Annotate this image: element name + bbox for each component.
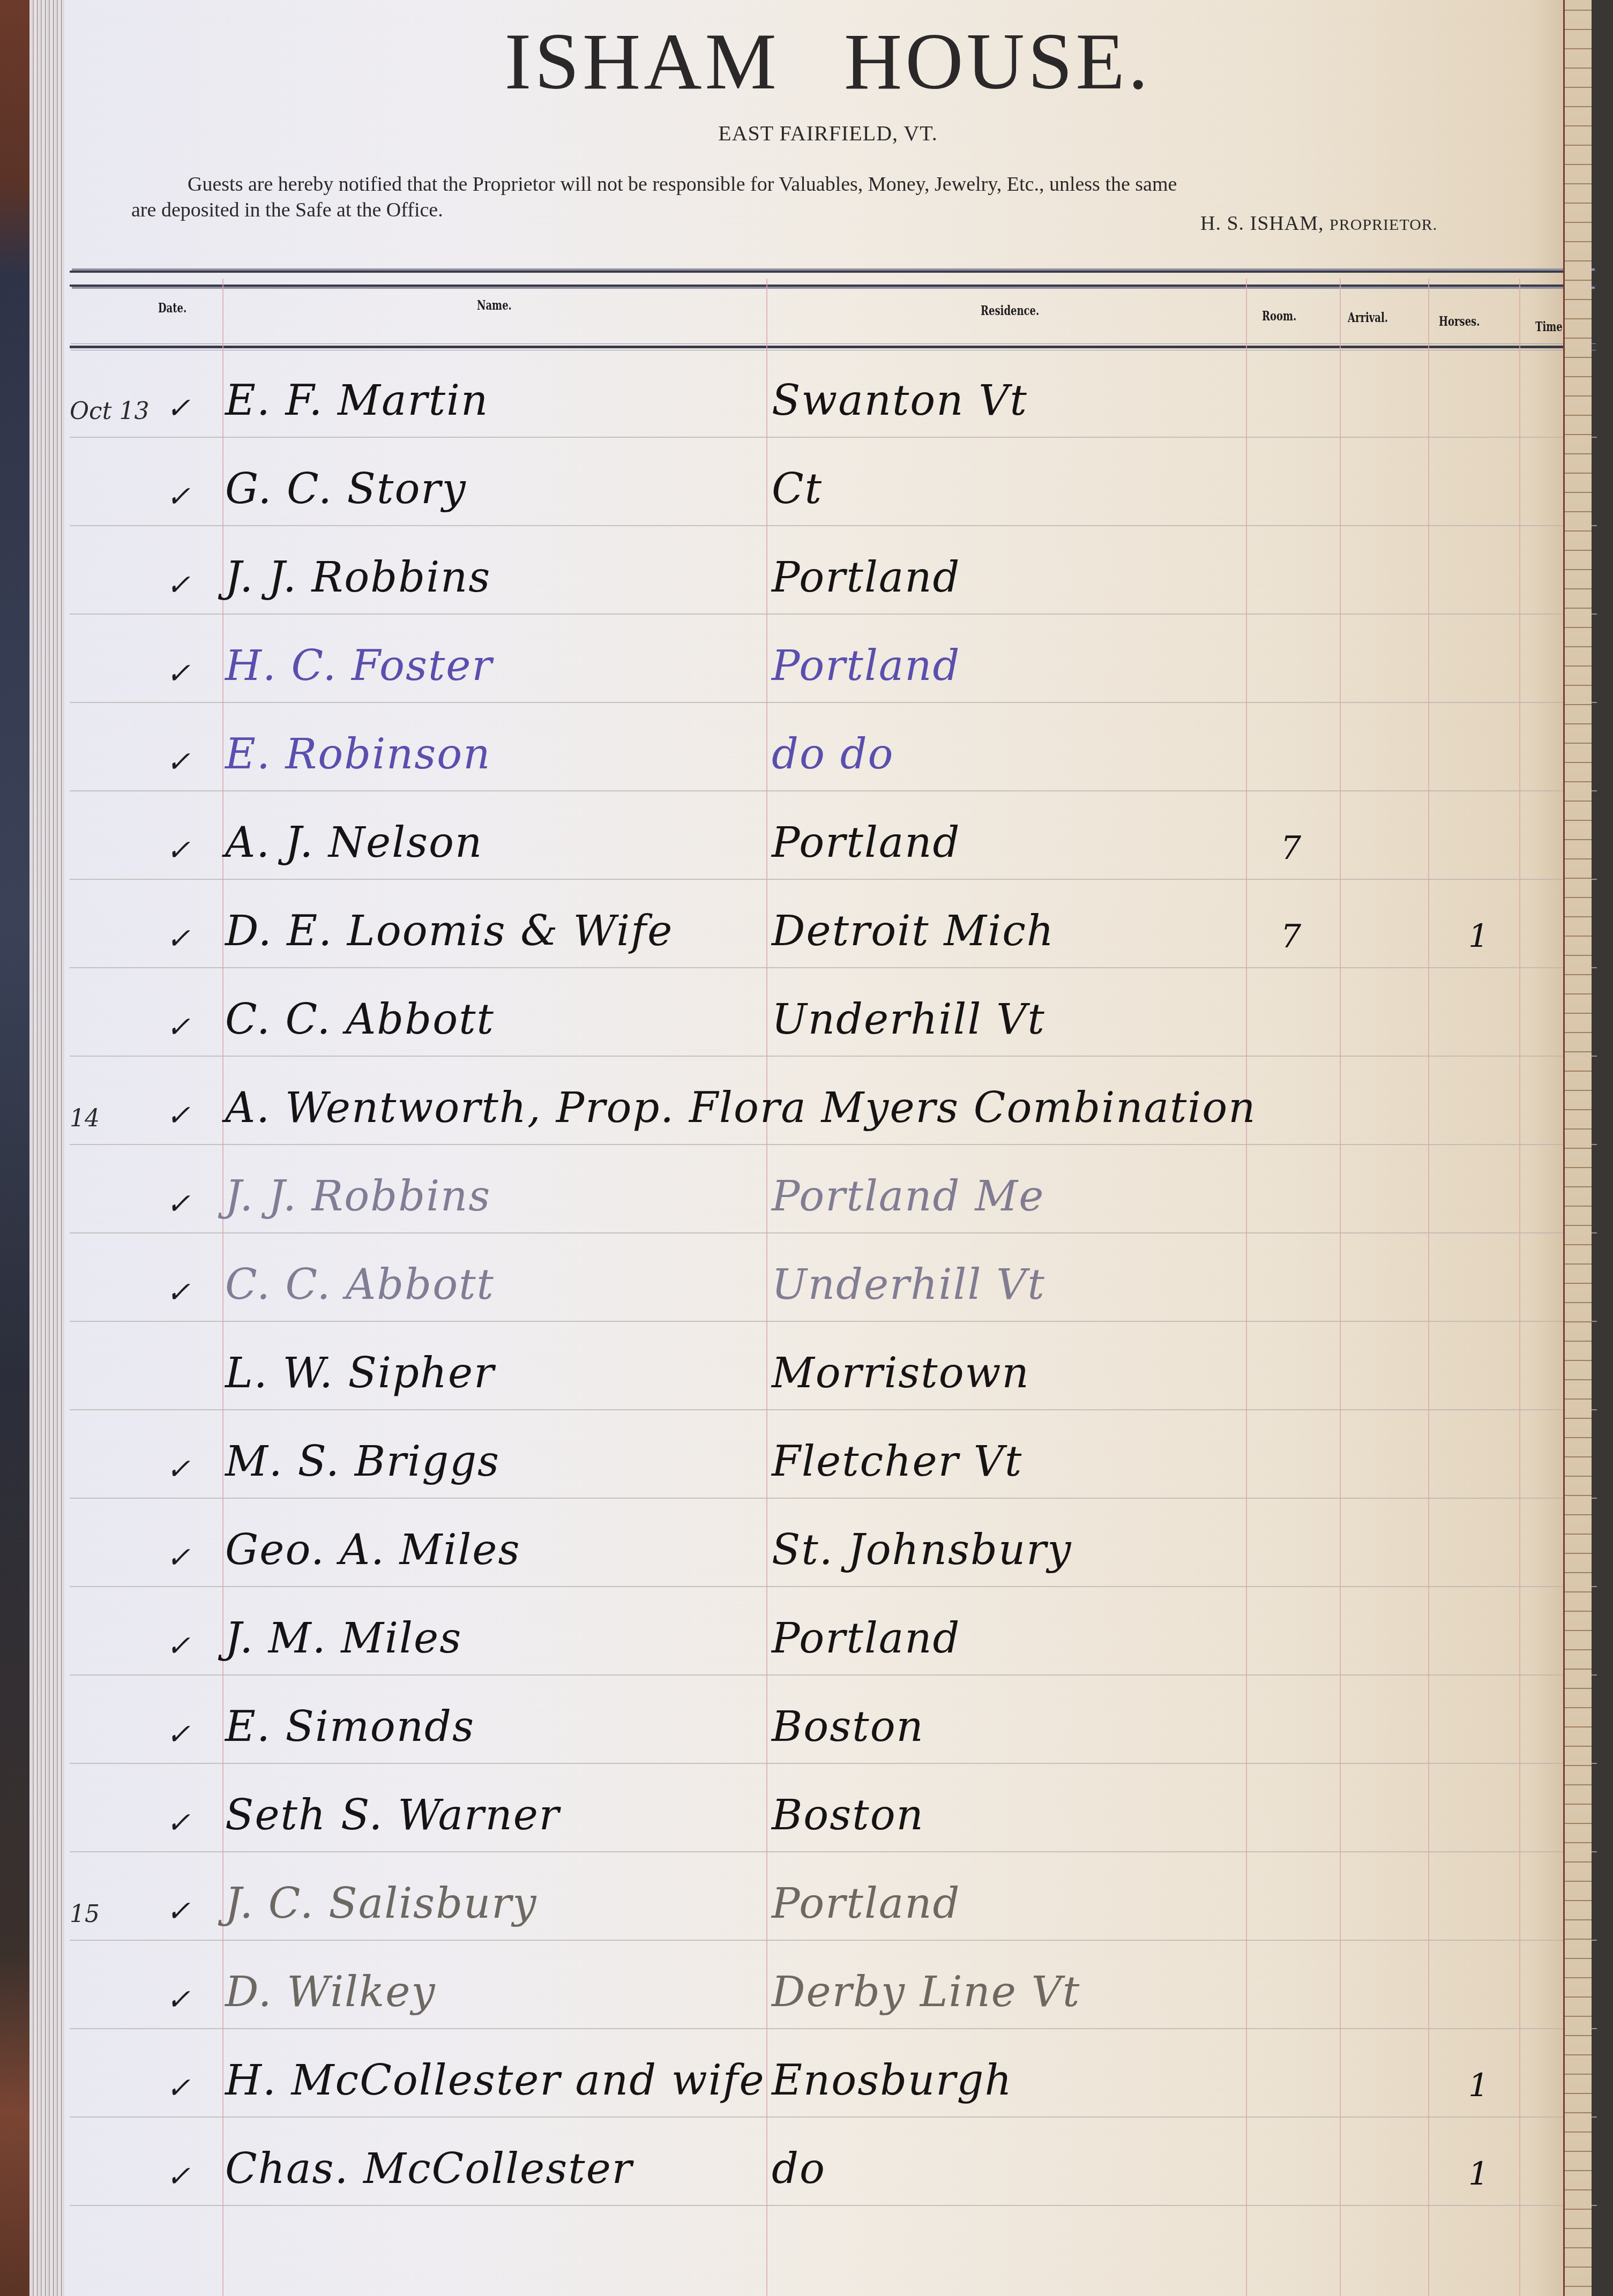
proprietor-name: H. S. ISHAM, — [1200, 212, 1330, 235]
checkmark-icon: ✓ — [166, 1275, 190, 1309]
guest-residence: Portland Me — [772, 1172, 1044, 1221]
ruled-line — [70, 2205, 1597, 2206]
checkmark-icon: ✓ — [166, 480, 190, 513]
checkmark-icon: ✓ — [166, 1806, 190, 1839]
guest-residence: Boston — [772, 1791, 924, 1839]
guest-name: J. J. Robbins — [225, 554, 491, 602]
guest-name: A. Wentworth, Prop. Flora Myers Combinat… — [225, 1084, 1256, 1132]
entry-date: Oct 13 — [70, 398, 149, 425]
guest-residence: Derby Line Vt — [772, 1968, 1080, 2016]
register-entry: 14 ✓ A. Wentworth, Prop. Flora Myers Com… — [64, 1056, 1592, 1144]
register-entry: ✓ E. Simonds Boston — [64, 1674, 1592, 1763]
checkmark-icon: ✓ — [166, 833, 190, 867]
guest-residence: Morristown — [772, 1349, 1030, 1397]
register-entry: ✓ Geo. A. Miles St. Johnsbury — [64, 1498, 1592, 1586]
register-entry: ✓ H. McCollester and wife Enosburgh 1 — [64, 2028, 1592, 2116]
column-header-name: Name. — [477, 297, 512, 313]
checkmark-icon: ✓ — [166, 1717, 190, 1751]
guest-residence: Portland — [772, 642, 961, 690]
guest-name: D. E. Loomis & Wife — [225, 907, 673, 955]
guest-name: Geo. A. Miles — [225, 1526, 521, 1574]
checkmark-icon: ✓ — [166, 568, 190, 602]
proprietor-signature: H. S. ISHAM, PROPRIETOR. — [1200, 212, 1437, 235]
column-header-arrival: Arrival. — [1348, 310, 1388, 325]
checkmark-icon: ✓ — [166, 1452, 190, 1486]
guest-residence: Detroit Mich — [772, 907, 1055, 955]
column-header-time: Time. — [1535, 319, 1566, 334]
guest-residence: Ct — [772, 465, 823, 513]
checkmark-icon: ✓ — [166, 922, 190, 955]
register-entry: ✓ Seth S. Warner Boston — [64, 1763, 1592, 1851]
checkmark-icon: ✓ — [166, 1894, 190, 1928]
guest-residence: Portland — [772, 1880, 961, 1928]
guest-residence: do do — [772, 730, 894, 779]
guest-name: H. C. Foster — [225, 642, 493, 690]
register-entry: Oct 13 ✓ E. F. Martin Swanton Vt — [64, 348, 1592, 437]
guest-residence: Fletcher Vt — [772, 1438, 1022, 1486]
guest-name: C. C. Abbott — [225, 996, 495, 1044]
checkmark-icon: ✓ — [166, 2159, 190, 2193]
register-page: ISHAMHOUSE. EAST FAIRFIELD, VT. Guests a… — [64, 0, 1592, 2296]
page-title: ISHAMHOUSE. — [64, 21, 1592, 102]
guest-name: H. McCollester and wife — [225, 2056, 765, 2105]
newspaper-clipping — [1563, 0, 1592, 2296]
guest-residence: do — [772, 2145, 826, 2193]
guest-name: J. C. Salisbury — [225, 1880, 537, 1928]
register-entry: ✓ J. J. Robbins Portland Me — [64, 1144, 1592, 1232]
column-header-room: Room. — [1262, 308, 1296, 324]
guest-name: E. F. Martin — [225, 377, 489, 425]
register-entry: ✓ A. J. Nelson Portland 7 — [64, 790, 1592, 879]
checkmark-icon: ✓ — [166, 745, 190, 779]
horses-count: 1 — [1468, 2067, 1489, 2105]
guest-residence: Portland — [772, 819, 961, 867]
register-entry: ✓ D. Wilkey Derby Line Vt — [64, 1940, 1592, 2028]
checkmark-icon: ✓ — [166, 656, 190, 690]
register-entry: ✓ Chas. McCollester do 1 — [64, 2116, 1592, 2205]
room-number: 7 — [1281, 918, 1301, 955]
guest-name: A. J. Nelson — [225, 819, 483, 867]
checkmark-icon: ✓ — [166, 1187, 190, 1221]
checkmark-icon: ✓ — [166, 1010, 190, 1044]
guest-residence: Enosburgh — [772, 2056, 1013, 2105]
guest-residence: Portland — [772, 1614, 961, 1663]
notice-text: Guests are hereby notified that the Prop… — [188, 171, 1613, 197]
register-entry: ✓ J. J. Robbins Portland — [64, 525, 1592, 614]
register-entry: ✓ C. C. Abbott Underhill Vt — [64, 1232, 1592, 1321]
guest-name: M. S. Briggs — [225, 1438, 500, 1486]
register-entry: ✓ M. S. Briggs Fletcher Vt — [64, 1409, 1592, 1498]
title-word-isham: ISHAM — [505, 17, 780, 106]
guest-residence: Swanton Vt — [772, 377, 1028, 425]
column-header-horses: Horses. — [1439, 313, 1480, 329]
checkmark-icon: ✓ — [166, 1629, 190, 1663]
checkmark-icon: ✓ — [166, 2071, 190, 2105]
guest-residence: Underhill Vt — [772, 996, 1046, 1044]
guest-name: Chas. McCollester — [225, 2145, 633, 2193]
register-entry: ✓ J. M. Miles Portland — [64, 1586, 1592, 1674]
room-number: 7 — [1281, 829, 1301, 867]
title-word-house: HOUSE. — [844, 17, 1152, 106]
header-top-rule — [70, 271, 1597, 287]
register-entry: ✓ H. C. Foster Portland — [64, 614, 1592, 702]
register-entry: ✓ E. Robinson do do — [64, 702, 1592, 790]
guest-residence: Underhill Vt — [772, 1261, 1046, 1309]
entry-date: 14 — [70, 1105, 100, 1132]
register-entry: ✓ D. E. Loomis & Wife Detroit Mich 7 1 — [64, 879, 1592, 967]
register-entry: ✓ C. C. Abbott Underhill Vt — [64, 967, 1592, 1056]
guest-name: J. J. Robbins — [225, 1172, 491, 1221]
horses-count: 1 — [1468, 918, 1489, 955]
register-entry: ✓ G. C. Story Ct — [64, 437, 1592, 525]
guest-name: D. Wilkey — [225, 1968, 436, 2016]
checkmark-icon: ✓ — [166, 1098, 190, 1132]
proprietor-title: PROPRIETOR. — [1330, 216, 1437, 234]
entry-date: 15 — [70, 1901, 100, 1928]
guest-residence: Portland — [772, 554, 961, 602]
horses-count: 1 — [1468, 2156, 1489, 2193]
register-entry: 15 ✓ J. C. Salisbury Portland — [64, 1851, 1592, 1940]
guest-name: Seth S. Warner — [225, 1791, 560, 1839]
location-line: EAST FAIRFIELD, VT. — [64, 121, 1592, 146]
guest-name: E. Simonds — [225, 1703, 475, 1751]
column-header-residence: Residence. — [981, 303, 1039, 318]
notice-text-line2: are deposited in the Safe at the Office. — [131, 198, 443, 222]
column-header-date: Date. — [158, 300, 186, 316]
guest-name: G. C. Story — [225, 465, 467, 513]
guest-residence: St. Johnsbury — [772, 1526, 1072, 1574]
checkmark-icon: ✓ — [166, 1983, 190, 2016]
checkmark-icon: ✓ — [166, 391, 190, 425]
guest-name: J. M. Miles — [225, 1614, 462, 1663]
guest-residence: Boston — [772, 1703, 924, 1751]
checkmark-icon: ✓ — [166, 1540, 190, 1574]
guest-name: E. Robinson — [225, 730, 491, 779]
guest-name: L. W. Sipher — [225, 1349, 495, 1397]
guest-name: C. C. Abbott — [225, 1261, 495, 1309]
register-entry: L. W. Sipher Morristown — [64, 1321, 1592, 1409]
